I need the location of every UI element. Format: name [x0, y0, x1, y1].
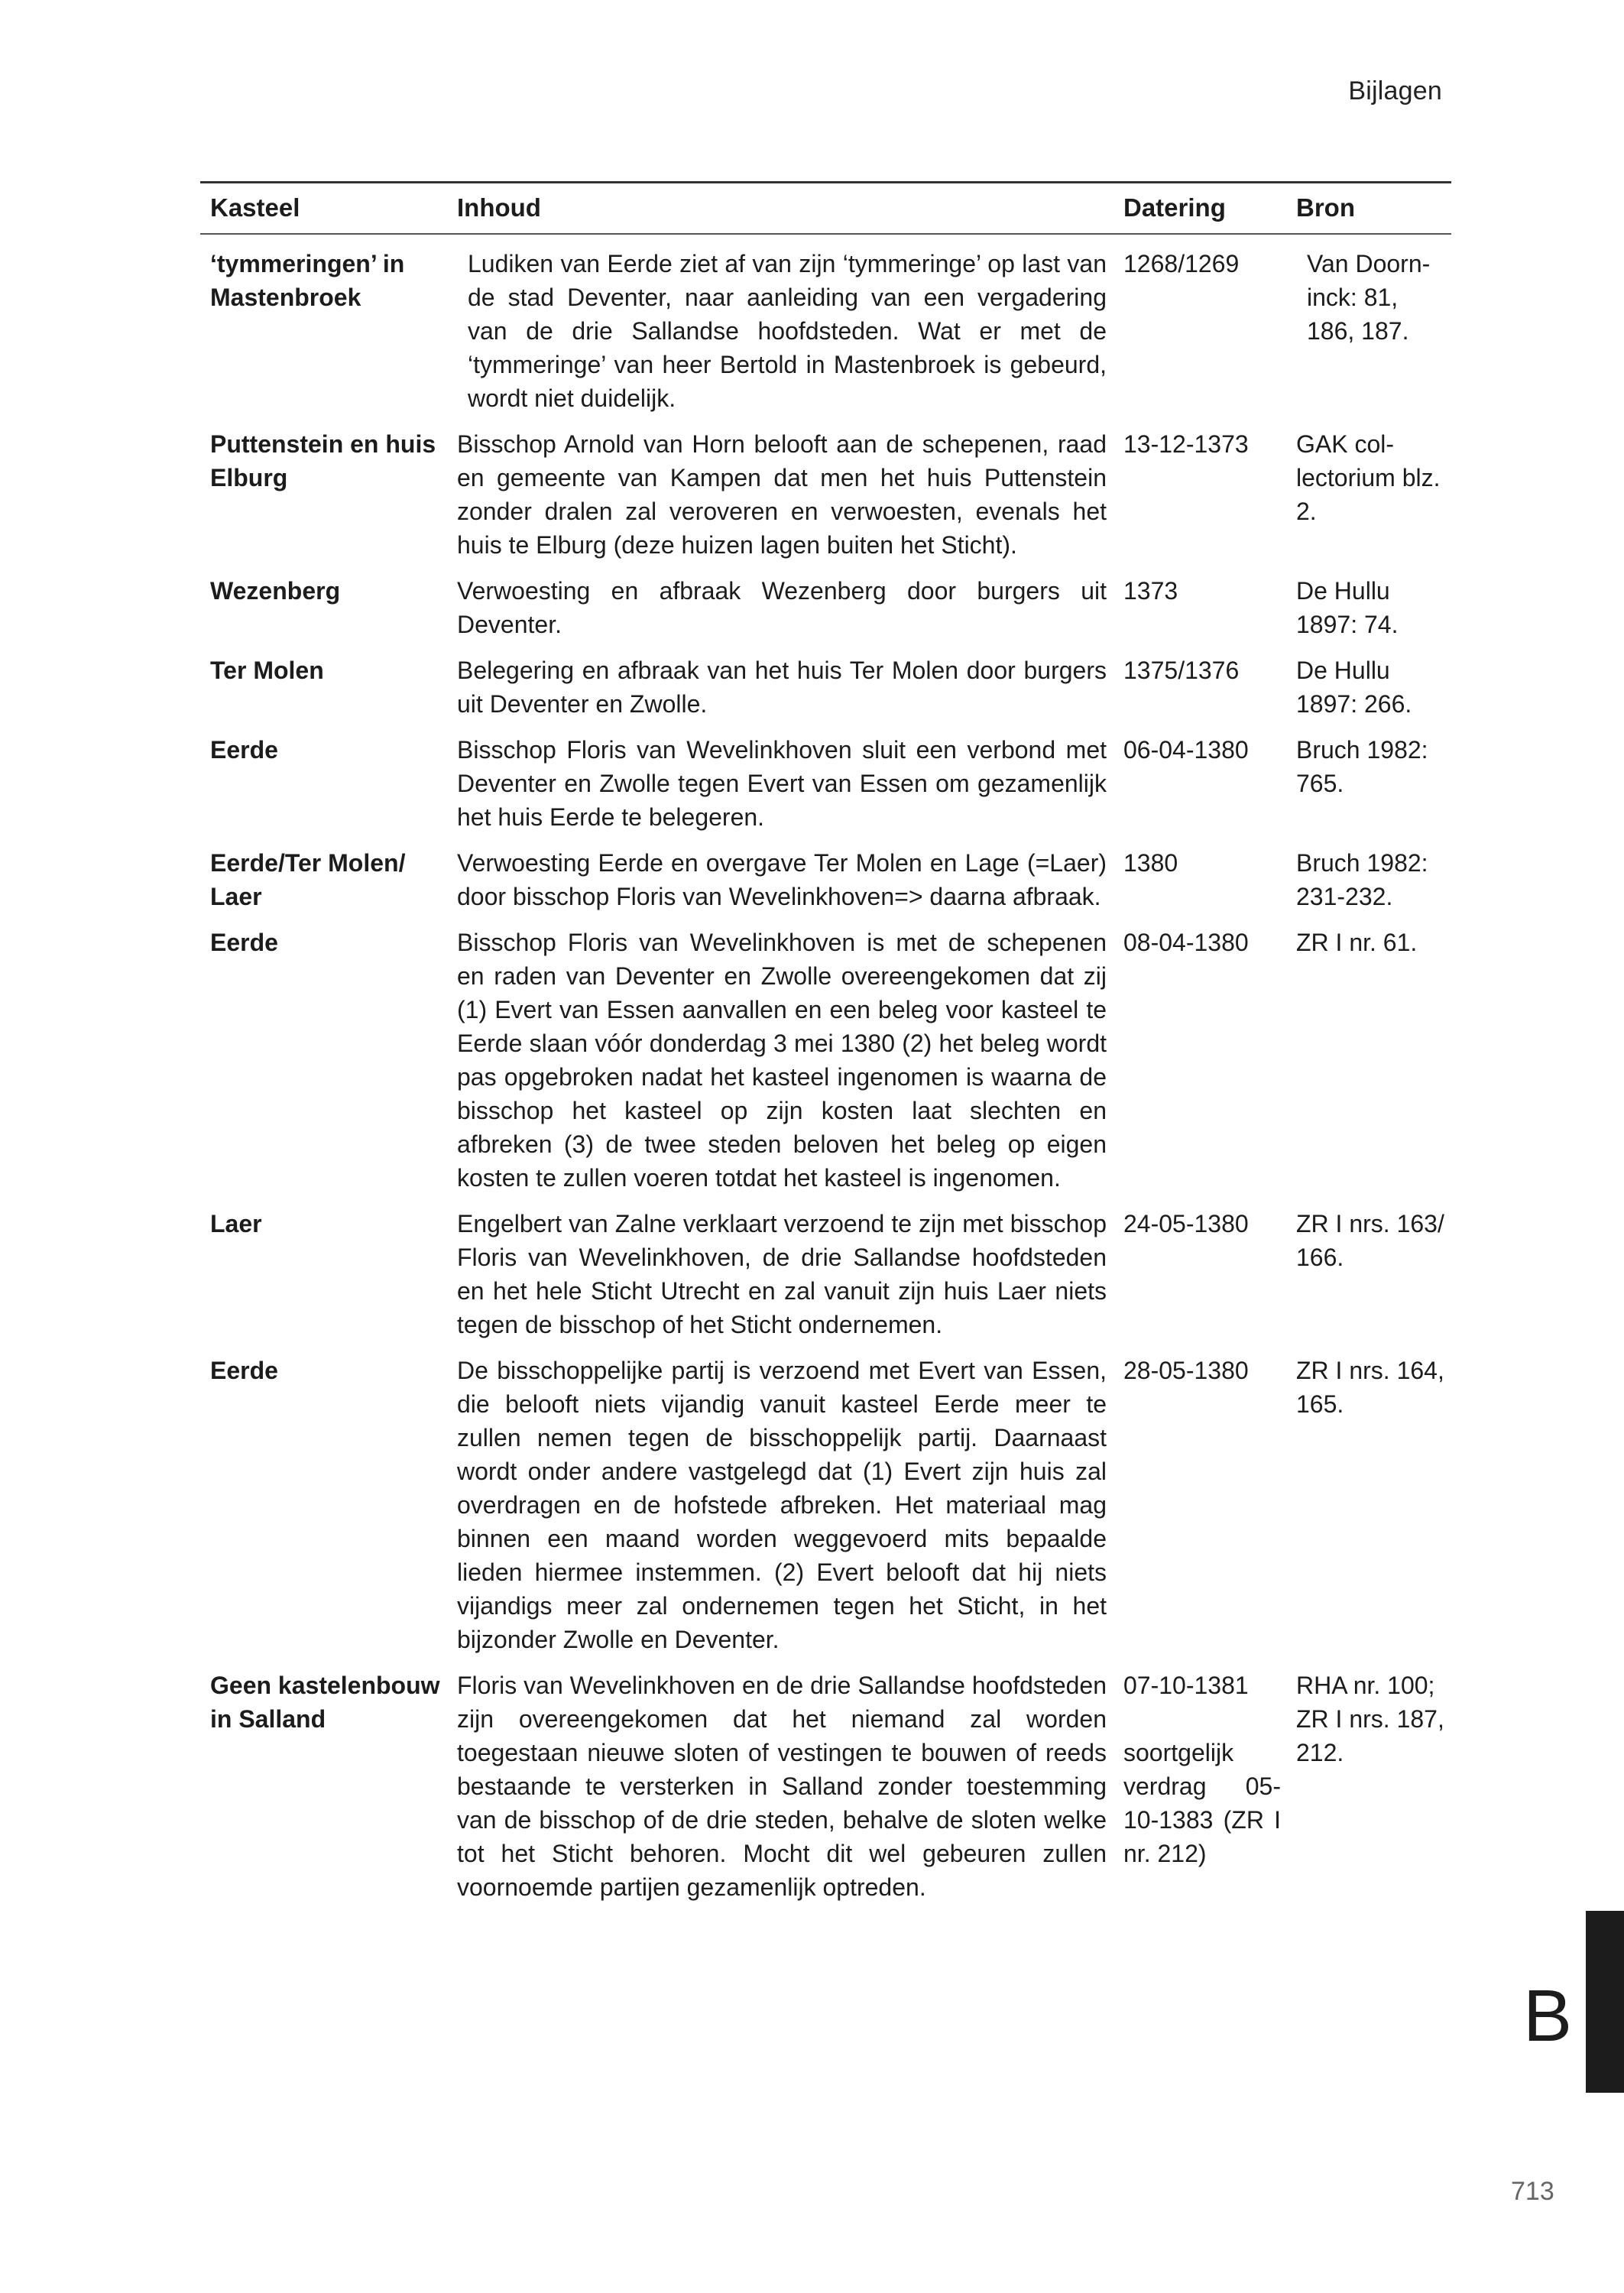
- cell-bron: Van Doorn-inck: 81, 186, 187.: [1296, 234, 1451, 424]
- table-header-row: Kasteel Inhoud Datering Bron: [200, 183, 1451, 235]
- cell-inhoud: Verwoesting en afbraak Wezenberg door bu…: [457, 571, 1123, 650]
- running-head: Bijlagen: [1348, 76, 1442, 106]
- table-row: Puttenstein en huis ElburgBisschop Arnol…: [200, 424, 1451, 571]
- cell-inhoud: Engelbert van Zalne verklaart verzoend t…: [457, 1204, 1123, 1351]
- cell-kasteel-text: Geen kastelenbouw in Salland: [210, 1672, 440, 1733]
- cell-kasteel: Puttenstein en huis Elburg: [200, 424, 457, 571]
- section-tab-marker: [1586, 1911, 1624, 2093]
- header-inhoud: Inhoud: [457, 183, 1123, 235]
- table-row: Eerde/Ter Molen/ LaerVerwoesting Eerde e…: [200, 843, 1451, 923]
- cell-kasteel-text: Laer: [210, 1210, 262, 1237]
- castle-table: Kasteel Inhoud Datering Bron ‘tymmeringe…: [200, 181, 1451, 1913]
- header-bron: Bron: [1296, 183, 1451, 235]
- cell-inhoud-text: Verwoesting en afbraak Wezenberg door bu…: [457, 577, 1107, 638]
- table-row: EerdeBisschop Floris van Wevelinkhoven i…: [200, 923, 1451, 1204]
- cell-datering-text: 08-04-1380: [1123, 929, 1249, 956]
- cell-kasteel: Laer: [200, 1204, 457, 1351]
- cell-kasteel: Geen kastelenbouw in Salland: [200, 1665, 457, 1913]
- cell-datering-text: 06-04-1380: [1123, 736, 1249, 764]
- cell-inhoud-text: Verwoesting Eerde en overgave Ter Molen …: [457, 849, 1107, 910]
- cell-inhoud-text: Floris van Wevelinkhoven en de drie Sall…: [457, 1672, 1107, 1901]
- cell-inhoud: Belegering en afbraak van het huis Ter M…: [457, 650, 1123, 730]
- cell-datering-text: 1380: [1123, 849, 1178, 877]
- cell-bron-text: ZR I nrs. 163/ 166.: [1296, 1210, 1444, 1271]
- cell-bron: ZR I nr. 61.: [1296, 923, 1451, 1204]
- cell-inhoud-text: Belegering en afbraak van het huis Ter M…: [457, 657, 1107, 718]
- cell-datering-text: 07-10-1381: [1123, 1672, 1249, 1699]
- cell-datering-text: 28-05-1380: [1123, 1357, 1249, 1384]
- cell-datering-text: 13-12-1373: [1123, 430, 1249, 458]
- cell-datering: 07-10-1381soortgelijk verdrag 05-10-1383…: [1123, 1665, 1296, 1913]
- cell-datering: 28-05-1380: [1123, 1351, 1296, 1665]
- cell-kasteel: Eerde: [200, 1351, 457, 1665]
- cell-kasteel-text: Eerde: [210, 1357, 278, 1384]
- cell-inhoud: Floris van Wevelinkhoven en de drie Sall…: [457, 1665, 1123, 1913]
- cell-datering: 06-04-1380: [1123, 730, 1296, 843]
- cell-inhoud: Bisschop Floris van Wevelinkhoven sluit …: [457, 730, 1123, 843]
- cell-bron-text: Van Doorn-inck: 81, 186, 187.: [1307, 250, 1430, 345]
- cell-inhoud-text: De bisschoppelijke partij is verzoend me…: [457, 1357, 1107, 1653]
- cell-bron-text: ZR I nr. 61.: [1296, 929, 1417, 956]
- cell-bron-text: RHA nr. 100; ZR I nrs. 187, 212.: [1296, 1672, 1444, 1766]
- cell-kasteel: Wezenberg: [200, 571, 457, 650]
- cell-inhoud: De bisschoppelijke partij is verzoend me…: [457, 1351, 1123, 1665]
- cell-inhoud-text: Ludiken van Eerde ziet af van zijn ‘tymm…: [468, 250, 1107, 412]
- header-kasteel: Kasteel: [200, 183, 457, 235]
- cell-datering: 08-04-1380: [1123, 923, 1296, 1204]
- cell-datering-text: 1375/1376: [1123, 657, 1239, 684]
- cell-kasteel-text: Wezenberg: [210, 577, 340, 605]
- cell-bron-text: Bruch 1982: 231-232.: [1296, 849, 1428, 910]
- cell-datering-text: 24-05-1380: [1123, 1210, 1249, 1237]
- cell-bron: ZR I nrs. 163/ 166.: [1296, 1204, 1451, 1351]
- cell-inhoud-text: Bisschop Floris van Wevelinkhoven is met…: [457, 929, 1107, 1192]
- cell-bron: Bruch 1982: 231-232.: [1296, 843, 1451, 923]
- cell-datering: 1380: [1123, 843, 1296, 923]
- cell-bron: De Hullu 1897: 266.: [1296, 650, 1451, 730]
- cell-datering-text: 1268/1269: [1123, 250, 1239, 277]
- cell-bron-text: ZR I nrs. 164, 165.: [1296, 1357, 1444, 1418]
- cell-datering: 24-05-1380: [1123, 1204, 1296, 1351]
- cell-inhoud-text: Engelbert van Zalne verklaart verzoend t…: [457, 1210, 1107, 1338]
- cell-kasteel: Eerde: [200, 923, 457, 1204]
- appendix-table: Kasteel Inhoud Datering Bron ‘tymmeringe…: [200, 181, 1451, 1913]
- table-row: EerdeBisschop Floris van Wevelinkhoven s…: [200, 730, 1451, 843]
- cell-kasteel-text: Eerde: [210, 929, 278, 956]
- cell-inhoud: Bisschop Arnold van Horn belooft aan de …: [457, 424, 1123, 571]
- section-letter: B: [1523, 1980, 1572, 2053]
- cell-bron: De Hullu 1897: 74.: [1296, 571, 1451, 650]
- cell-kasteel-text: Eerde/Ter Molen/ Laer: [210, 849, 405, 910]
- cell-inhoud: Bisschop Floris van Wevelinkhoven is met…: [457, 923, 1123, 1204]
- cell-kasteel: ‘tymmeringen’ in Mastenbroek: [200, 234, 457, 424]
- cell-kasteel-text: ‘tymmeringen’ in Mastenbroek: [210, 250, 404, 311]
- cell-kasteel-text: Puttenstein en huis Elburg: [210, 430, 436, 491]
- table-row: WezenbergVerwoesting en afbraak Wezenber…: [200, 571, 1451, 650]
- cell-bron-text: Bruch 1982: 765.: [1296, 736, 1428, 797]
- cell-inhoud: Verwoesting Eerde en overgave Ter Molen …: [457, 843, 1123, 923]
- cell-bron-text: De Hullu 1897: 266.: [1296, 657, 1412, 718]
- cell-datering: 1375/1376: [1123, 650, 1296, 730]
- cell-kasteel-text: Eerde: [210, 736, 278, 764]
- cell-datering: 1268/1269: [1123, 234, 1296, 424]
- cell-kasteel-text: Ter Molen: [210, 657, 324, 684]
- header-datering: Datering: [1123, 183, 1296, 235]
- table-row: Geen kastelenbouw in SallandFloris van W…: [200, 1665, 1451, 1913]
- cell-kasteel: Ter Molen: [200, 650, 457, 730]
- cell-datering: 1373: [1123, 571, 1296, 650]
- cell-bron-text: GAK col-lectorium blz. 2.: [1296, 430, 1441, 525]
- cell-datering-text: 1373: [1123, 577, 1178, 605]
- cell-bron-text: De Hullu 1897: 74.: [1296, 577, 1398, 638]
- cell-bron: ZR I nrs. 164, 165.: [1296, 1351, 1451, 1665]
- table-row: ‘tymmeringen’ in MastenbroekLudiken van …: [200, 234, 1451, 424]
- cell-datering: 13-12-1373: [1123, 424, 1296, 571]
- cell-inhoud: Ludiken van Eerde ziet af van zijn ‘tymm…: [457, 234, 1123, 424]
- cell-inhoud-text: Bisschop Arnold van Horn belooft aan de …: [457, 430, 1107, 559]
- table-row: EerdeDe bisschoppelijke partij is verzoe…: [200, 1351, 1451, 1665]
- cell-kasteel: Eerde/Ter Molen/ Laer: [200, 843, 457, 923]
- cell-bron: Bruch 1982: 765.: [1296, 730, 1451, 843]
- cell-datering-note: soortgelijk verdrag 05-10-1383 (ZR I nr.…: [1123, 1736, 1296, 1870]
- cell-inhoud-text: Bisschop Floris van Wevelinkhoven sluit …: [457, 736, 1107, 831]
- cell-bron: RHA nr. 100; ZR I nrs. 187, 212.: [1296, 1665, 1451, 1913]
- cell-kasteel: Eerde: [200, 730, 457, 843]
- cell-bron: GAK col-lectorium blz. 2.: [1296, 424, 1451, 571]
- table-row: Ter MolenBelegering en afbraak van het h…: [200, 650, 1451, 730]
- table-row: LaerEngelbert van Zalne verklaart verzoe…: [200, 1204, 1451, 1351]
- page-number: 713: [1511, 2177, 1554, 2207]
